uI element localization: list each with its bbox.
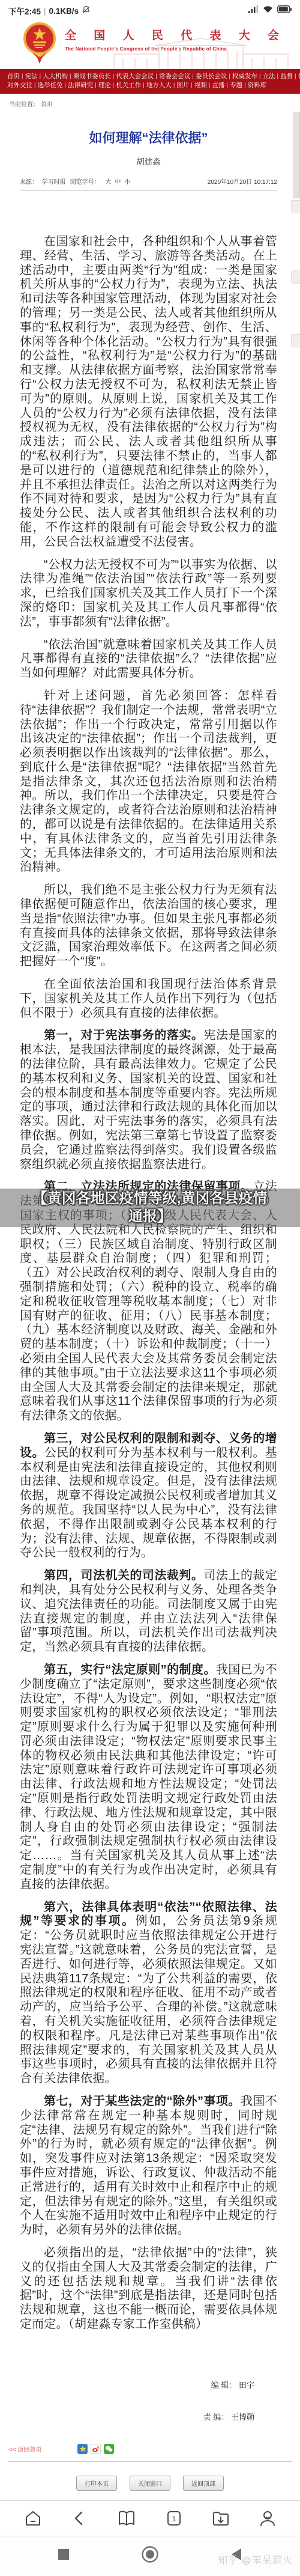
site-header: 全 国 人 民 代 表 大 会 The National People's Co…	[0, 22, 300, 69]
nav-item[interactable]: 图片	[176, 82, 194, 89]
font-size-options: 大中小	[104, 179, 133, 186]
wechat-share-icon[interactable]	[104, 2444, 114, 2454]
national-emblem-logo	[23, 22, 56, 67]
overlay-caption-line1: 【黄冈各地区疫情等级,黄冈各县疫情	[33, 1190, 268, 1208]
paragraph-lead: 第一，对于宪法事务的落实。	[44, 1029, 203, 1042]
article-paragraph: 针对上述问题，首先必须回答：怎样看待“法律依据”？我们制定一个法规，常常表明“立…	[20, 689, 277, 875]
android-nav-bar: 知乎 @笨呆薪火	[0, 2536, 300, 2576]
paragraph-lead: 第五，实行“法定原则”的制度。	[44, 1663, 216, 1676]
site-subtitle: The National People's Congress of the Pe…	[65, 46, 293, 52]
paragraph-lead: 第七，对于某些法定的“除外”事项。	[44, 2095, 241, 2108]
nav-line-1: 首页宪法人大机构栗战书委员长代表大会会议常委会会议委员长会议权威发布立法监督代表	[7, 72, 293, 81]
footer-button[interactable]: 返回顶部	[183, 2476, 224, 2491]
editors-block: 编 辑： 田宇责 编： 王博勋	[20, 2379, 277, 2422]
nav-item[interactable]: 常委会会议	[159, 73, 196, 80]
battery-icon	[277, 5, 292, 16]
nav-item[interactable]: 选举任免	[38, 82, 68, 89]
nav-item[interactable]: 首页	[7, 73, 25, 80]
source-label: 来源：	[20, 179, 38, 186]
nav-item[interactable]: 法律研究	[68, 82, 98, 89]
article-title: 如何理解“法律依据”	[20, 128, 277, 147]
overlay-caption-line2: 通报】	[128, 1208, 172, 1226]
wifi-icon	[263, 5, 273, 16]
article-paragraph: 在全面依法治国和我国现行法治体系背景下，国家机关及其工作人员作出下列行为（包括但…	[20, 978, 277, 1020]
nav-item[interactable]: 专题	[230, 82, 248, 89]
nav-item[interactable]: 宪法	[25, 73, 43, 80]
article-paragraph: 第四，司法机关的司法裁判。司法上的裁定和判决，具有处分公民权利与义务、处理各类争…	[20, 1569, 277, 1655]
paragraph-lead: 第三，对公民权利的限制和剥夺、义务的增设。	[20, 1432, 277, 1460]
article-paragraph: 第六，法律具体表明“依法”“依照法律、法规”等要求的事项。例如，公务员法第9条规…	[20, 1901, 277, 2086]
source-value: 学习时报	[42, 179, 66, 186]
zhihu-watermark: 知乎 @笨呆薪火	[218, 2553, 293, 2566]
article-body: 在国家和社会中，各种组织和个人从事着管理、经营、生活、学习、旅游等各类活动。在上…	[20, 235, 277, 2332]
nav-item[interactable]: 权威发布	[232, 73, 263, 80]
nav-item[interactable]: 监督	[280, 73, 298, 80]
footer-button[interactable]: 关闭窗口	[130, 2476, 170, 2491]
article-paragraph: 所以，我们绝不是主张公权力行为无须有法律依据便可随意作出，依法治国的核心要求，理…	[20, 883, 277, 969]
back-icon[interactable]	[70, 2509, 88, 2527]
main-nav: 首页宪法人大机构栗战书委员长代表大会会议常委会会议委员长会议权威发布立法监督代表…	[0, 69, 300, 94]
footer-button[interactable]: 打印本页	[76, 2476, 117, 2491]
tab-count: 1	[172, 2515, 176, 2523]
nav-item[interactable]: 资料库	[248, 82, 267, 89]
article: 如何理解“法律依据” 胡建淼 来源： 学习时报 浏览字号： 大中小 2020年1…	[0, 128, 300, 2422]
article-paragraph: 在国家和社会中，各种组织和个人从事着管理、经营、生活、学习、旅游等各类活动。在上…	[20, 235, 277, 550]
font-size-label: 浏览字号：	[70, 179, 100, 186]
side-widget-tab[interactable]	[291, 270, 300, 284]
breadcrumb: 当前位置： 首页	[0, 94, 300, 112]
nav-line-2: 对外交往选举任免法律研究理论机关工作地方人大图片视频直播专题资料库	[7, 81, 293, 90]
paragraph-lead: 第四，司法机关的司法裁判。	[44, 1569, 203, 1582]
nav-item[interactable]: 对外交往	[7, 82, 38, 89]
side-widget-tab[interactable]	[291, 334, 300, 347]
nav-item[interactable]: 地方人大	[146, 82, 177, 89]
site-title: 全 国 人 民 代 表 大 会	[65, 26, 293, 43]
paragraph-lead: 第六，法律具体表明“依法”“依照法律、法规”等要求的事项。	[20, 1901, 277, 1928]
nav-item[interactable]: 机关工作	[116, 82, 146, 89]
browser-toolbar: 1	[0, 2500, 300, 2536]
editor-line: 编 辑： 田宇	[20, 2379, 254, 2390]
home-icon[interactable]	[24, 2509, 42, 2527]
status-time: 下午2:45	[8, 5, 41, 17]
article-datetime: 2020年10月20日 10:17:12	[208, 177, 277, 186]
nav-item[interactable]: 代表	[298, 73, 300, 80]
font-size-option[interactable]: 大	[105, 179, 111, 186]
weibo-share-icon[interactable]	[91, 2444, 101, 2454]
article-paragraph: “依法治国”就意味着国家机关及其工作人员凡事都得有直接的“法律依据”么？“法律依…	[20, 638, 277, 681]
article-meta: 来源： 学习时报 浏览字号： 大中小 2020年10月20日 10:17:12	[20, 177, 277, 190]
article-paragraph: “公权力法无授权不可为”“以事实为依据、以法律为准绳”“依法治国”“依法行政”等…	[20, 558, 277, 630]
font-size-option[interactable]: 小	[124, 179, 130, 186]
side-widget-tab[interactable]	[291, 200, 300, 213]
signal-icon	[248, 5, 259, 16]
status-separator: |	[44, 7, 46, 16]
footer-links: << 返回首页	[0, 2443, 300, 2456]
breadcrumb-home-link[interactable]: 首页	[41, 102, 53, 108]
status-net-speed: 0.1KB/s	[49, 7, 79, 16]
nav-item[interactable]: 直播	[212, 82, 230, 89]
font-size-option[interactable]: 中	[115, 179, 121, 186]
footer-buttons: 打印本页关闭窗口返回顶部	[0, 2476, 300, 2491]
nav-item[interactable]: 视频	[194, 82, 212, 89]
status-bar: 下午2:45 | 0.1KB/s	[0, 0, 300, 22]
article-paragraph: 第一，对于宪法事务的落实。宪法是国家的根本法，是我国法律制度的最终渊源，处于最高…	[20, 1029, 277, 1172]
nav-item[interactable]: 代表大会会议	[116, 73, 159, 80]
nav-item[interactable]: 人大机构	[43, 73, 73, 80]
editor-line: 责 编： 王博勋	[20, 2411, 254, 2422]
downloads-icon[interactable]	[211, 2509, 230, 2527]
nav-item[interactable]: 委员长会议	[196, 73, 232, 80]
nav-item[interactable]: 栗战书委员长	[73, 73, 116, 80]
recents-square-icon[interactable]	[57, 2548, 70, 2564]
nav-item[interactable]: 立法	[263, 73, 281, 80]
bookmarks-icon[interactable]	[116, 2509, 137, 2527]
footer-divider	[8, 2461, 292, 2462]
share-icons	[77, 2444, 114, 2454]
article-paragraph: 第七，对于某些法定的“除外”事项。我国不少法律常常在规定一种基本规则时，同时规定…	[20, 2095, 277, 2238]
profile-icon[interactable]	[259, 2509, 277, 2527]
qzone-share-icon[interactable]	[77, 2444, 88, 2454]
tabs-icon[interactable]: 1	[165, 2509, 183, 2527]
overlay-caption: 【黄冈各地区疫情等级,黄冈各县疫情 通报】	[0, 1189, 300, 1227]
back-home-link[interactable]: << 返回首页	[9, 2444, 41, 2453]
article-author: 胡建淼	[20, 155, 277, 167]
article-paragraph: 必须指出的是，“法律依据”中的“法律”，狭义的仅指由全国人大及其常委会制定的法律…	[20, 2246, 277, 2332]
article-paragraph: 第五，实行“法定原则”的制度。我国已为不少制度确立了“法定原则”，要求这些制度必…	[20, 1663, 277, 1892]
page: 下午2:45 | 0.1KB/s	[0, 0, 300, 2576]
home-circle-icon[interactable]	[141, 2545, 159, 2566]
article-paragraph: 第三，对公民权利的限制和剥夺、义务的增设。公民的权利可分为基本权利与一般权利。基…	[20, 1432, 277, 1561]
scrollbar[interactable]	[293, 112, 300, 198]
breadcrumb-label: 当前位置：	[9, 102, 39, 108]
nav-item[interactable]: 理论	[98, 82, 116, 89]
mute-bell-icon	[82, 5, 91, 16]
